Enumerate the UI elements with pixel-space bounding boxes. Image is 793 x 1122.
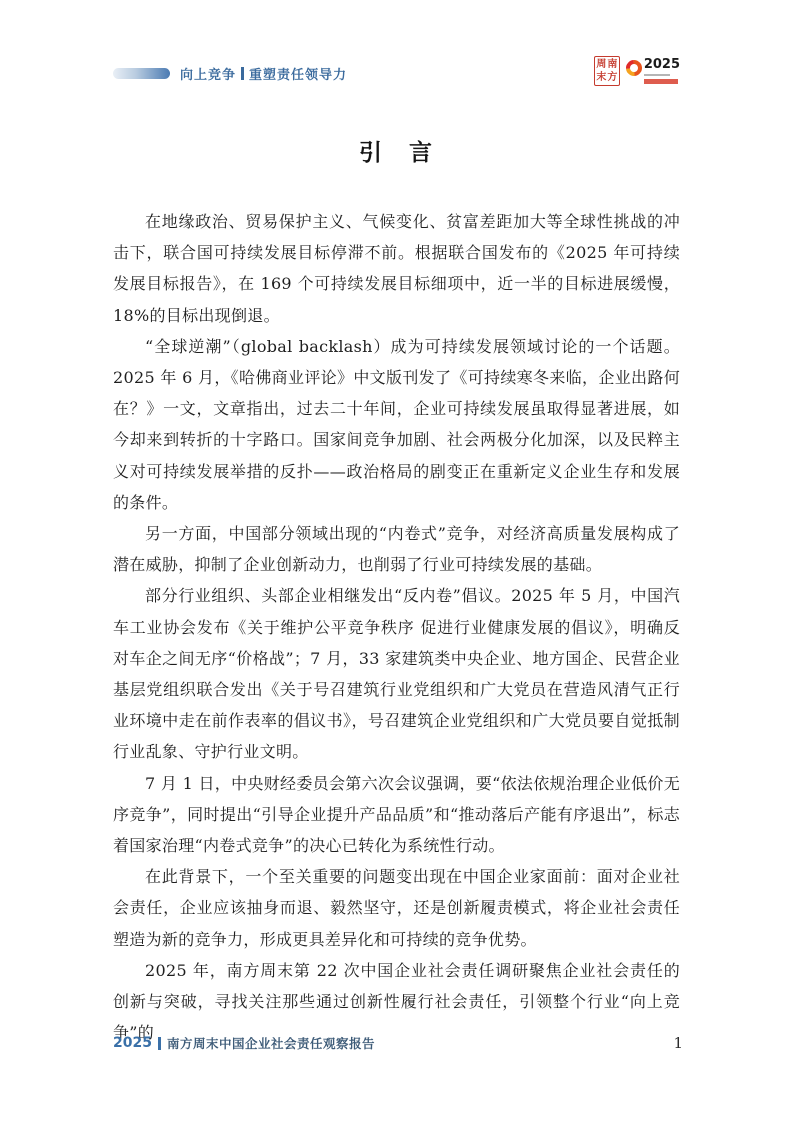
- footer-year: 2025: [113, 1035, 152, 1051]
- southern-weekly-seal-logo: 周 南 末 方: [594, 56, 620, 86]
- footer-divider-bar: [158, 1037, 161, 1050]
- paragraph-3: 另一方面，中国部分领域出现的“内卷式”竞争，对经济高质量发展构成了潜在威胁，抑制…: [113, 518, 680, 580]
- page-title: 引 言: [113, 134, 680, 167]
- footer-report-info: 2025 南方周末中国企业社会责任观察报告: [113, 1034, 375, 1052]
- paragraph-6: 在此背景下，一个至关重要的问题变出现在中国企业家面前：面对企业社会责任，企业应该…: [113, 861, 680, 955]
- document-page: 向上竞争 重塑责任领导力 周 南 末 方 2025 引 言 在地缘政治、贸易保: [0, 0, 793, 1122]
- header-slogan-primary: 向上竞争: [180, 64, 236, 83]
- logo-year-text: 2025: [644, 58, 680, 72]
- page-number: 1: [673, 1034, 683, 1052]
- gradient-pill-decoration: [113, 68, 170, 79]
- seal-char: 南: [607, 58, 618, 71]
- paragraph-1: 在地缘政治、贸易保护主义、气候变化、贫富差距加大等全球性挑战的冲击下，联合国可持…: [113, 206, 680, 331]
- body-text: 在地缘政治、贸易保护主义、气候变化、贫富差距加大等全球性挑战的冲击下，联合国可持…: [113, 206, 680, 1048]
- paragraph-5: 7 月 1 日，中央财经委员会第六次会议强调，要“依法依规治理企业低价无序竞争”…: [113, 768, 680, 862]
- seal-char: 方: [607, 71, 618, 84]
- page-header: 向上竞争 重塑责任领导力 周 南 末 方 2025: [113, 56, 680, 94]
- header-slogan-secondary: 重塑责任领导力: [249, 64, 347, 83]
- header-slogan-group: 向上竞争 重塑责任领导力: [113, 62, 347, 84]
- logo-text-column: 2025: [644, 58, 680, 84]
- footer-report-title: 南方周末中国企业社会责任观察报告: [167, 1034, 375, 1052]
- csr-2025-logo: 2025: [626, 56, 680, 84]
- logo-caption-line: [644, 74, 670, 76]
- seal-char: 周: [596, 58, 607, 71]
- paragraph-2: “全球逆潮”（global backlash）成为可持续发展领域讨论的一个话题。…: [113, 331, 680, 518]
- header-divider-bar: [241, 67, 244, 80]
- paragraph-4: 部分行业组织、头部企业相继发出“反内卷”倡议。2025 年 5 月，中国汽车工业…: [113, 580, 680, 767]
- header-logos: 周 南 末 方 2025: [594, 56, 680, 86]
- ring-icon: [623, 57, 646, 80]
- logo-caption-strip: [644, 79, 678, 84]
- page-footer: 2025 南方周末中国企业社会责任观察报告 1: [113, 1034, 683, 1052]
- seal-char: 末: [596, 71, 607, 84]
